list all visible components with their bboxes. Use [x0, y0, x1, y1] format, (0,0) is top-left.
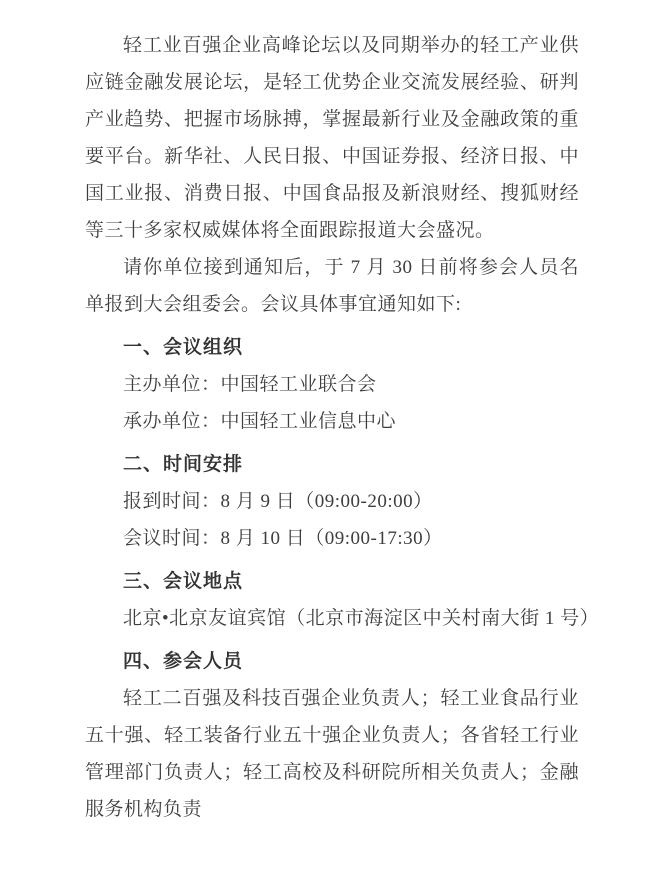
line-organizer-unit: 承办单位：中国轻工业信息中心 — [85, 403, 579, 440]
heading-schedule: 二、时间安排 — [85, 446, 579, 483]
heading-meeting-organization: 一、会议组织 — [85, 329, 579, 366]
participants-paragraph: 轻工二百强及科技百强企业负责人；轻工业食品行业五十强、轻工装备行业五十强企业负责… — [85, 680, 579, 828]
line-meeting-time: 会议时间：8 月 10 日（09:00-17:30） — [85, 520, 579, 557]
line-venue-address: 北京•北京友谊宾馆（北京市海淀区中关村南大街 1 号） — [85, 600, 579, 637]
intro-paragraph: 轻工业百强企业高峰论坛以及同期举办的轻工产业供应链金融发展论坛，是轻工优势企业交… — [85, 27, 579, 249]
heading-participants: 四、参会人员 — [85, 643, 579, 680]
document-page: 轻工业百强企业高峰论坛以及同期举办的轻工产业供应链金融发展论坛，是轻工优势企业交… — [85, 27, 579, 828]
registration-deadline-paragraph: 请你单位接到通知后，于 7 月 30 日前将参会人员名单报到大会组委会。会议具体… — [85, 249, 579, 323]
line-checkin-time: 报到时间：8 月 9 日（09:00-20:00） — [85, 483, 579, 520]
heading-venue: 三、会议地点 — [85, 563, 579, 600]
line-host-unit: 主办单位：中国轻工业联合会 — [85, 366, 579, 403]
